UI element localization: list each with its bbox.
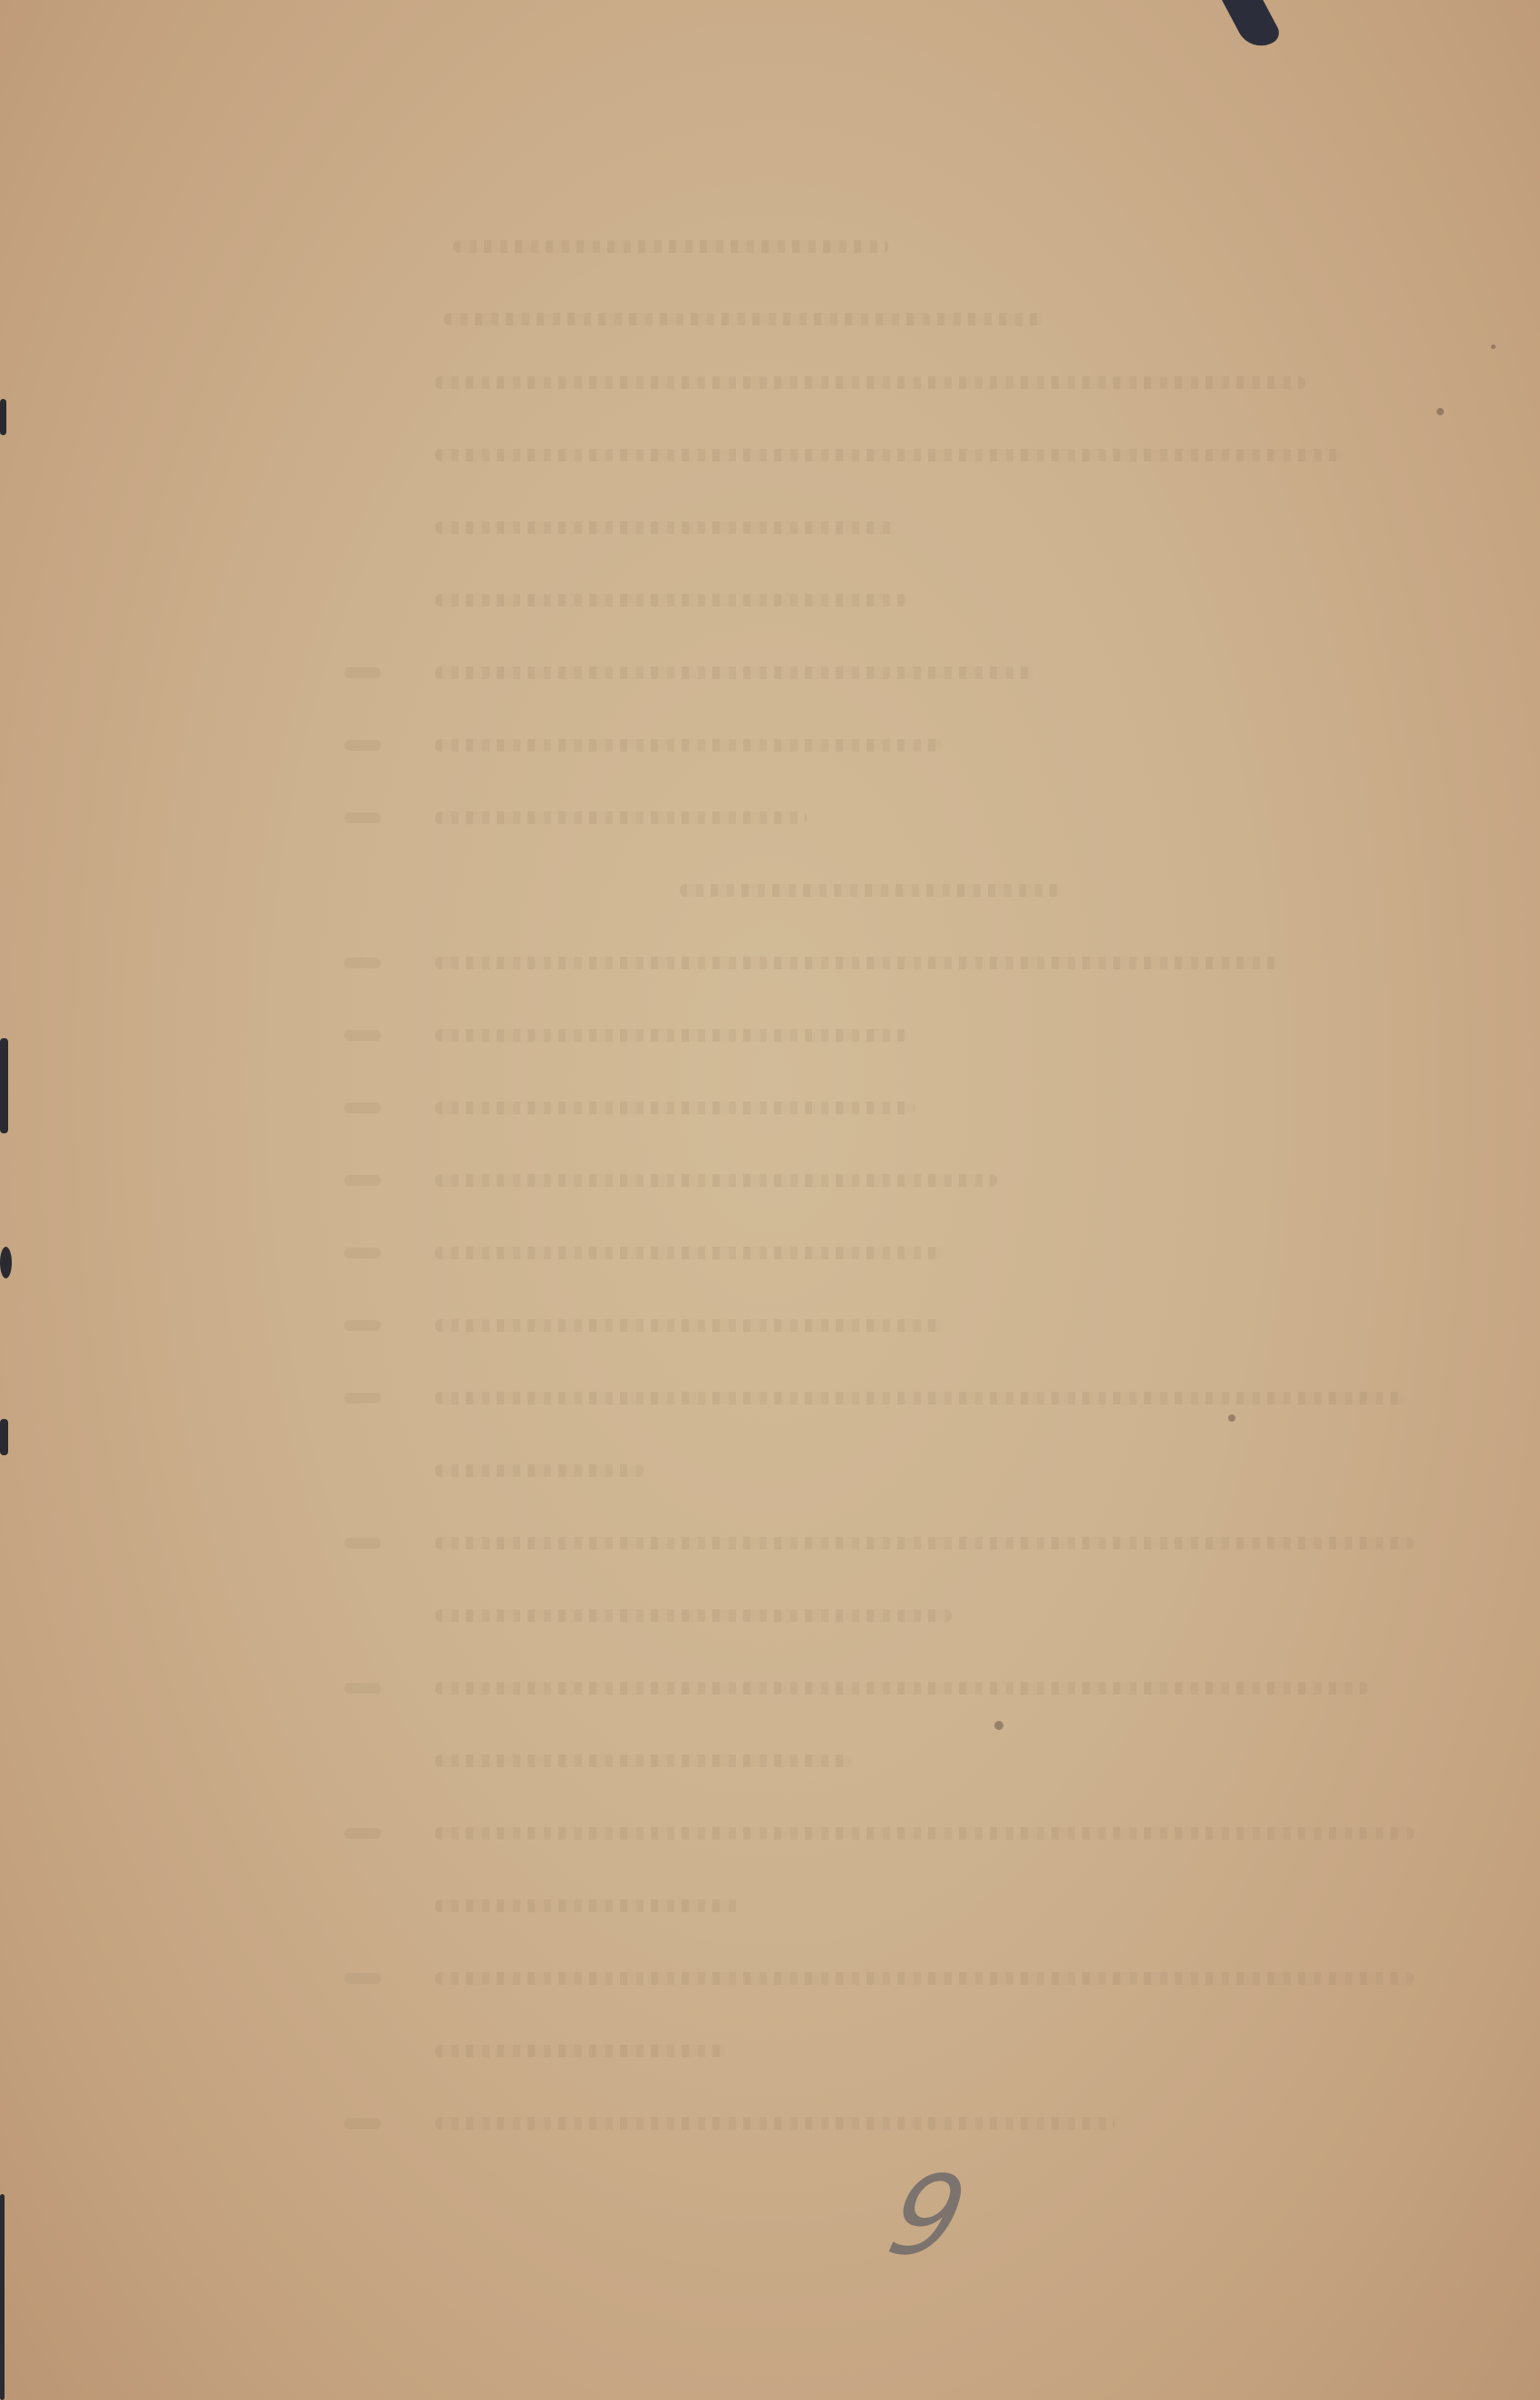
ghost-line-number	[344, 1175, 381, 1186]
ghost-text-line	[435, 1029, 906, 1042]
ghost-line-number	[344, 667, 381, 678]
ghost-text-line	[435, 1827, 1414, 1840]
ink-corner-mark	[1219, 0, 1283, 54]
ghost-text-line	[453, 240, 888, 253]
ghost-line-number	[344, 1248, 381, 1258]
handwritten-page-number: 9	[877, 2153, 978, 2279]
paper-speck	[1491, 345, 1496, 349]
ghost-line-number	[344, 812, 381, 823]
ghost-text-line	[435, 1247, 943, 1259]
ghost-text-line	[435, 1174, 997, 1187]
ghost-text-line	[435, 376, 1305, 389]
ghost-text-line	[435, 1609, 952, 1622]
scanned-page: 9	[0, 0, 1540, 2400]
ghost-text-line	[435, 1319, 943, 1332]
ghost-text-line	[435, 1537, 1414, 1550]
ghost-line-number	[344, 1538, 381, 1549]
ghost-text-line	[444, 313, 1042, 326]
ghost-text-line	[435, 1102, 915, 1114]
ghost-text-line	[680, 884, 1061, 897]
left-edge-mark	[0, 1038, 8, 1133]
ghost-text-line	[435, 957, 1278, 969]
ghost-line-number	[344, 1320, 381, 1331]
ghost-text-line	[435, 1464, 644, 1477]
left-edge-mark	[0, 1247, 12, 1278]
paper-speck	[994, 1721, 1003, 1730]
ghost-text-line	[435, 739, 943, 752]
ghost-text-line	[435, 1682, 1369, 1695]
ghost-line-number	[344, 740, 381, 751]
ghost-text-line	[435, 521, 897, 534]
ghost-text-line	[435, 2045, 725, 2057]
ghost-text-line	[435, 1392, 1405, 1404]
ghost-line-number	[344, 1103, 381, 1113]
ghost-line-number	[344, 2118, 381, 2129]
left-edge-mark	[0, 399, 6, 435]
ghost-text-line	[435, 1972, 1414, 1985]
ghost-text-line	[435, 666, 1033, 679]
ghost-line-number	[344, 1973, 381, 1984]
ghost-line-number	[344, 1030, 381, 1041]
ghost-text-line	[435, 1900, 743, 1912]
left-edge-mark	[0, 2194, 5, 2400]
left-edge-mark	[0, 1419, 8, 1455]
ghost-text-line	[435, 1754, 852, 1767]
ghost-text-line	[435, 2117, 1115, 2130]
ghost-line-number	[344, 1683, 381, 1694]
ghost-line-number	[344, 1828, 381, 1839]
ghost-text-line	[435, 449, 1341, 462]
ghost-text-line	[435, 811, 807, 824]
paper-speck	[1437, 408, 1444, 415]
ghost-line-number	[344, 1393, 381, 1404]
ghost-line-number	[344, 957, 381, 968]
paper-speck	[1228, 1414, 1235, 1422]
ghost-text-line	[435, 594, 906, 607]
